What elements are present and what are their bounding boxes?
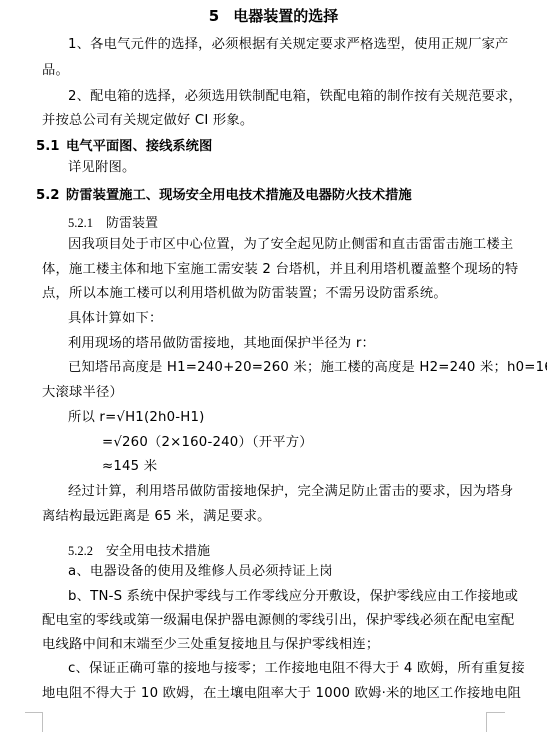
paragraph-line: 具体计算如下： xyxy=(68,311,162,327)
subsection-heading-5-2-2: 5.2.2安全用电技术措施 xyxy=(68,540,210,559)
document-page: 5电器装置的选择 1、各电气元件的选择，必须根据有关规定要求严格选型，使用正规厂… xyxy=(0,0,547,750)
paragraph-line: 经过计算，利用塔吊做防雷接地保护，完全满足防止雷击的要求，因为塔身 xyxy=(68,484,513,500)
crop-mark-right-horizontal xyxy=(486,712,505,713)
section-number: 5.1 xyxy=(36,139,66,154)
paragraph-line: 利用现场的塔吊做防雷接地，其地面保护半径为 r： xyxy=(68,336,375,352)
crop-mark-left-horizontal xyxy=(25,712,43,713)
paragraph-line: 并按总公司有关规定做好 CI 形象。 xyxy=(42,113,253,129)
paragraph-line: 体，施工楼主体和地下室施工需安装 2 台塔机，并且利用塔机覆盖整个现场的特 xyxy=(42,262,518,278)
formula-line: 所以 r=√H1(2h0-H1) xyxy=(68,410,205,426)
paragraph-line: 详见附图。 xyxy=(68,160,135,176)
subsection-number: 5.2.1 xyxy=(68,216,106,231)
paragraph-line: 品。 xyxy=(42,63,69,79)
section-heading-5-2: 5.2防雷装置施工、现场安全用电技术措施及电器防火技术措施 xyxy=(36,184,412,203)
subsection-number: 5.2.2 xyxy=(68,544,106,559)
paragraph-line: 2、配电箱的选择，必须选用铁制配电箱，铁配电箱的制作按有关规范要求， xyxy=(68,89,522,105)
paragraph-line: 点，所以本施工楼可以利用塔机做为防雷装置；不需另设防雷系统。 xyxy=(42,286,447,302)
paragraph-line: 1、各电气元件的选择，必须根据有关规定要求严格选型，使用正规厂家产 xyxy=(68,37,509,53)
formula-line: =√260（2×160-240）（开平方） xyxy=(102,435,313,451)
list-item-c: c、保证正确可靠的接地与接零；工作接地电阻不得大于 4 欧姆，所有重复接 xyxy=(68,661,525,677)
section-title: 防雷装置施工、现场安全用电技术措施及电器防火技术措施 xyxy=(66,188,412,203)
paragraph-line: 大滚球半径） xyxy=(42,385,123,401)
paragraph-line: 电线路中间和末端至少三处重复接地且与保护零线相连； xyxy=(42,637,379,653)
chapter-title-text: 电器装置的选择 xyxy=(233,7,338,25)
crop-mark-right-vertical xyxy=(486,712,487,732)
subsection-title: 安全用电技术措施 xyxy=(106,544,210,559)
paragraph-line: 离结构最远距离是 65 米，满足要求。 xyxy=(42,509,271,525)
section-number: 5.2 xyxy=(36,188,66,203)
crop-mark-left-vertical xyxy=(42,712,43,732)
list-item-a: a、电器设备的使用及维修人员必须持证上岗 xyxy=(68,564,333,580)
list-item-b: b、TN-S 系统中保护零线与工作零线应分开敷设，保护零线应由工作接地或 xyxy=(68,589,518,605)
paragraph-line: 已知塔吊高度是 H1=240+20=260 米；施工楼的高度是 H2=240 米… xyxy=(68,360,547,376)
subsection-title: 防雷装置 xyxy=(106,216,158,231)
subsection-heading-5-2-1: 5.2.1防雷装置 xyxy=(68,212,158,231)
chapter-title: 5电器装置的选择 xyxy=(0,5,547,26)
chapter-number: 5 xyxy=(209,7,219,25)
formula-line: ≈145 米 xyxy=(102,459,157,475)
paragraph-line: 因我项目处于市区中心位置，为了安全起见防止侧雷和直击雷雷击施工楼主 xyxy=(68,237,513,253)
paragraph-line: 地电阻不得大于 10 欧姆，在土壤电阻率大于 1000 欧姆·米的地区工作接地电… xyxy=(42,686,521,702)
paragraph-line: 配电室的零线或第一级漏电保护器电源侧的零线引出，保护零线必须在配电室配 xyxy=(42,613,514,629)
section-title: 电气平面图、接线系统图 xyxy=(66,139,212,154)
section-heading-5-1: 5.1电气平面图、接线系统图 xyxy=(36,135,212,154)
